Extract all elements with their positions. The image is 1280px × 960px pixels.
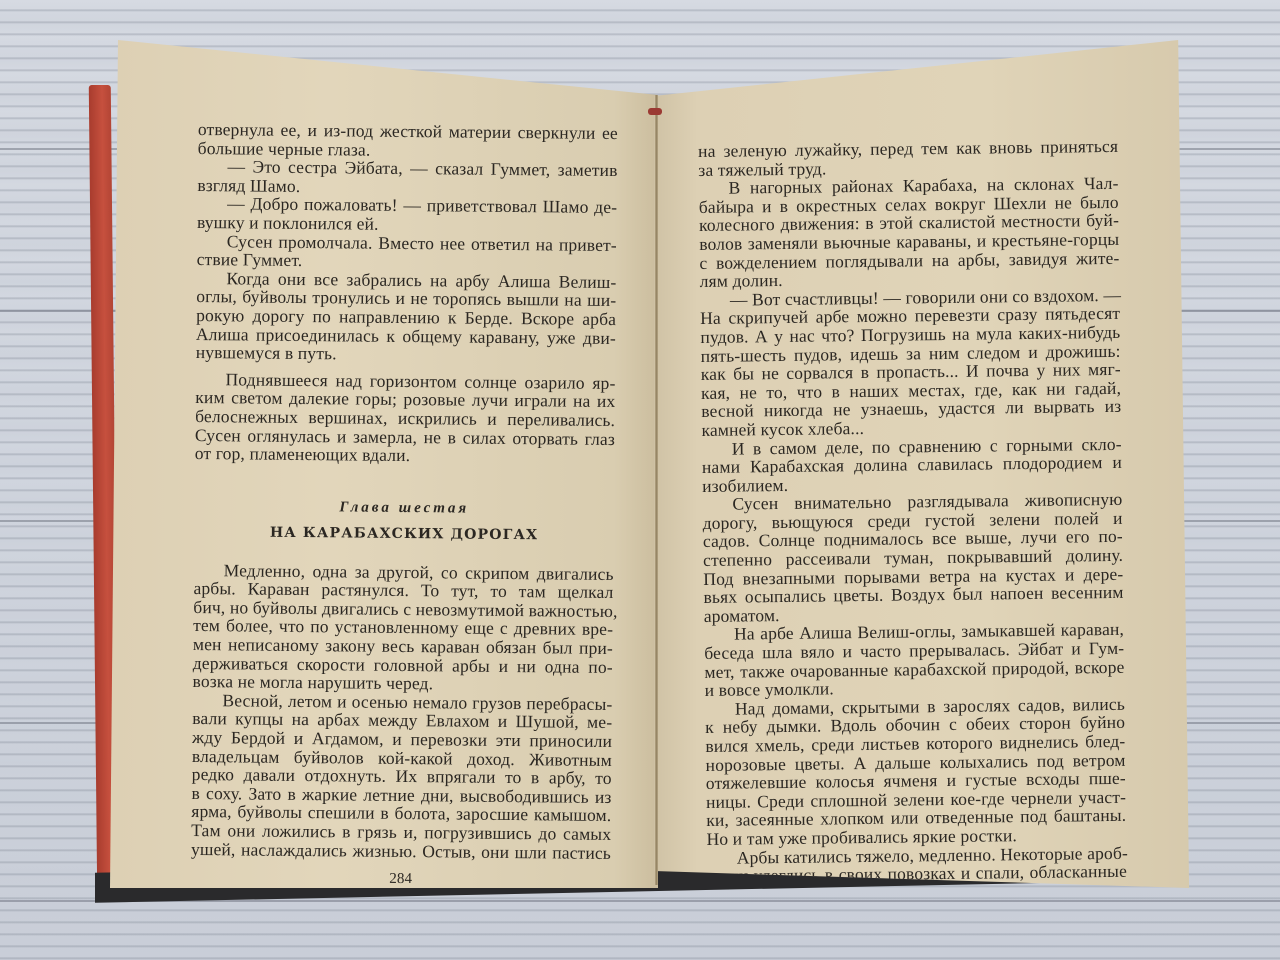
text-line: ушей, наслаждались жизнью. Остыв, они шл…: [191, 840, 611, 863]
left-page: отвернула ее, и из-под жесткой материи с…: [110, 40, 658, 888]
right-page: на зеленую лужайку, перед тем как вновь …: [654, 40, 1200, 888]
page-number: 284: [191, 868, 611, 888]
left-page-text: отвернула ее, и из-под жесткой материи с…: [191, 120, 618, 888]
chapter-number: Глава шестая: [194, 497, 614, 521]
right-page-text: на зеленую лужайку, перед тем как вновь …: [698, 137, 1128, 888]
chapter-title: НА КАРАБАХСКИХ ДОРОГАХ: [194, 523, 614, 547]
headband: [648, 108, 662, 115]
book-gutter: [655, 95, 658, 885]
